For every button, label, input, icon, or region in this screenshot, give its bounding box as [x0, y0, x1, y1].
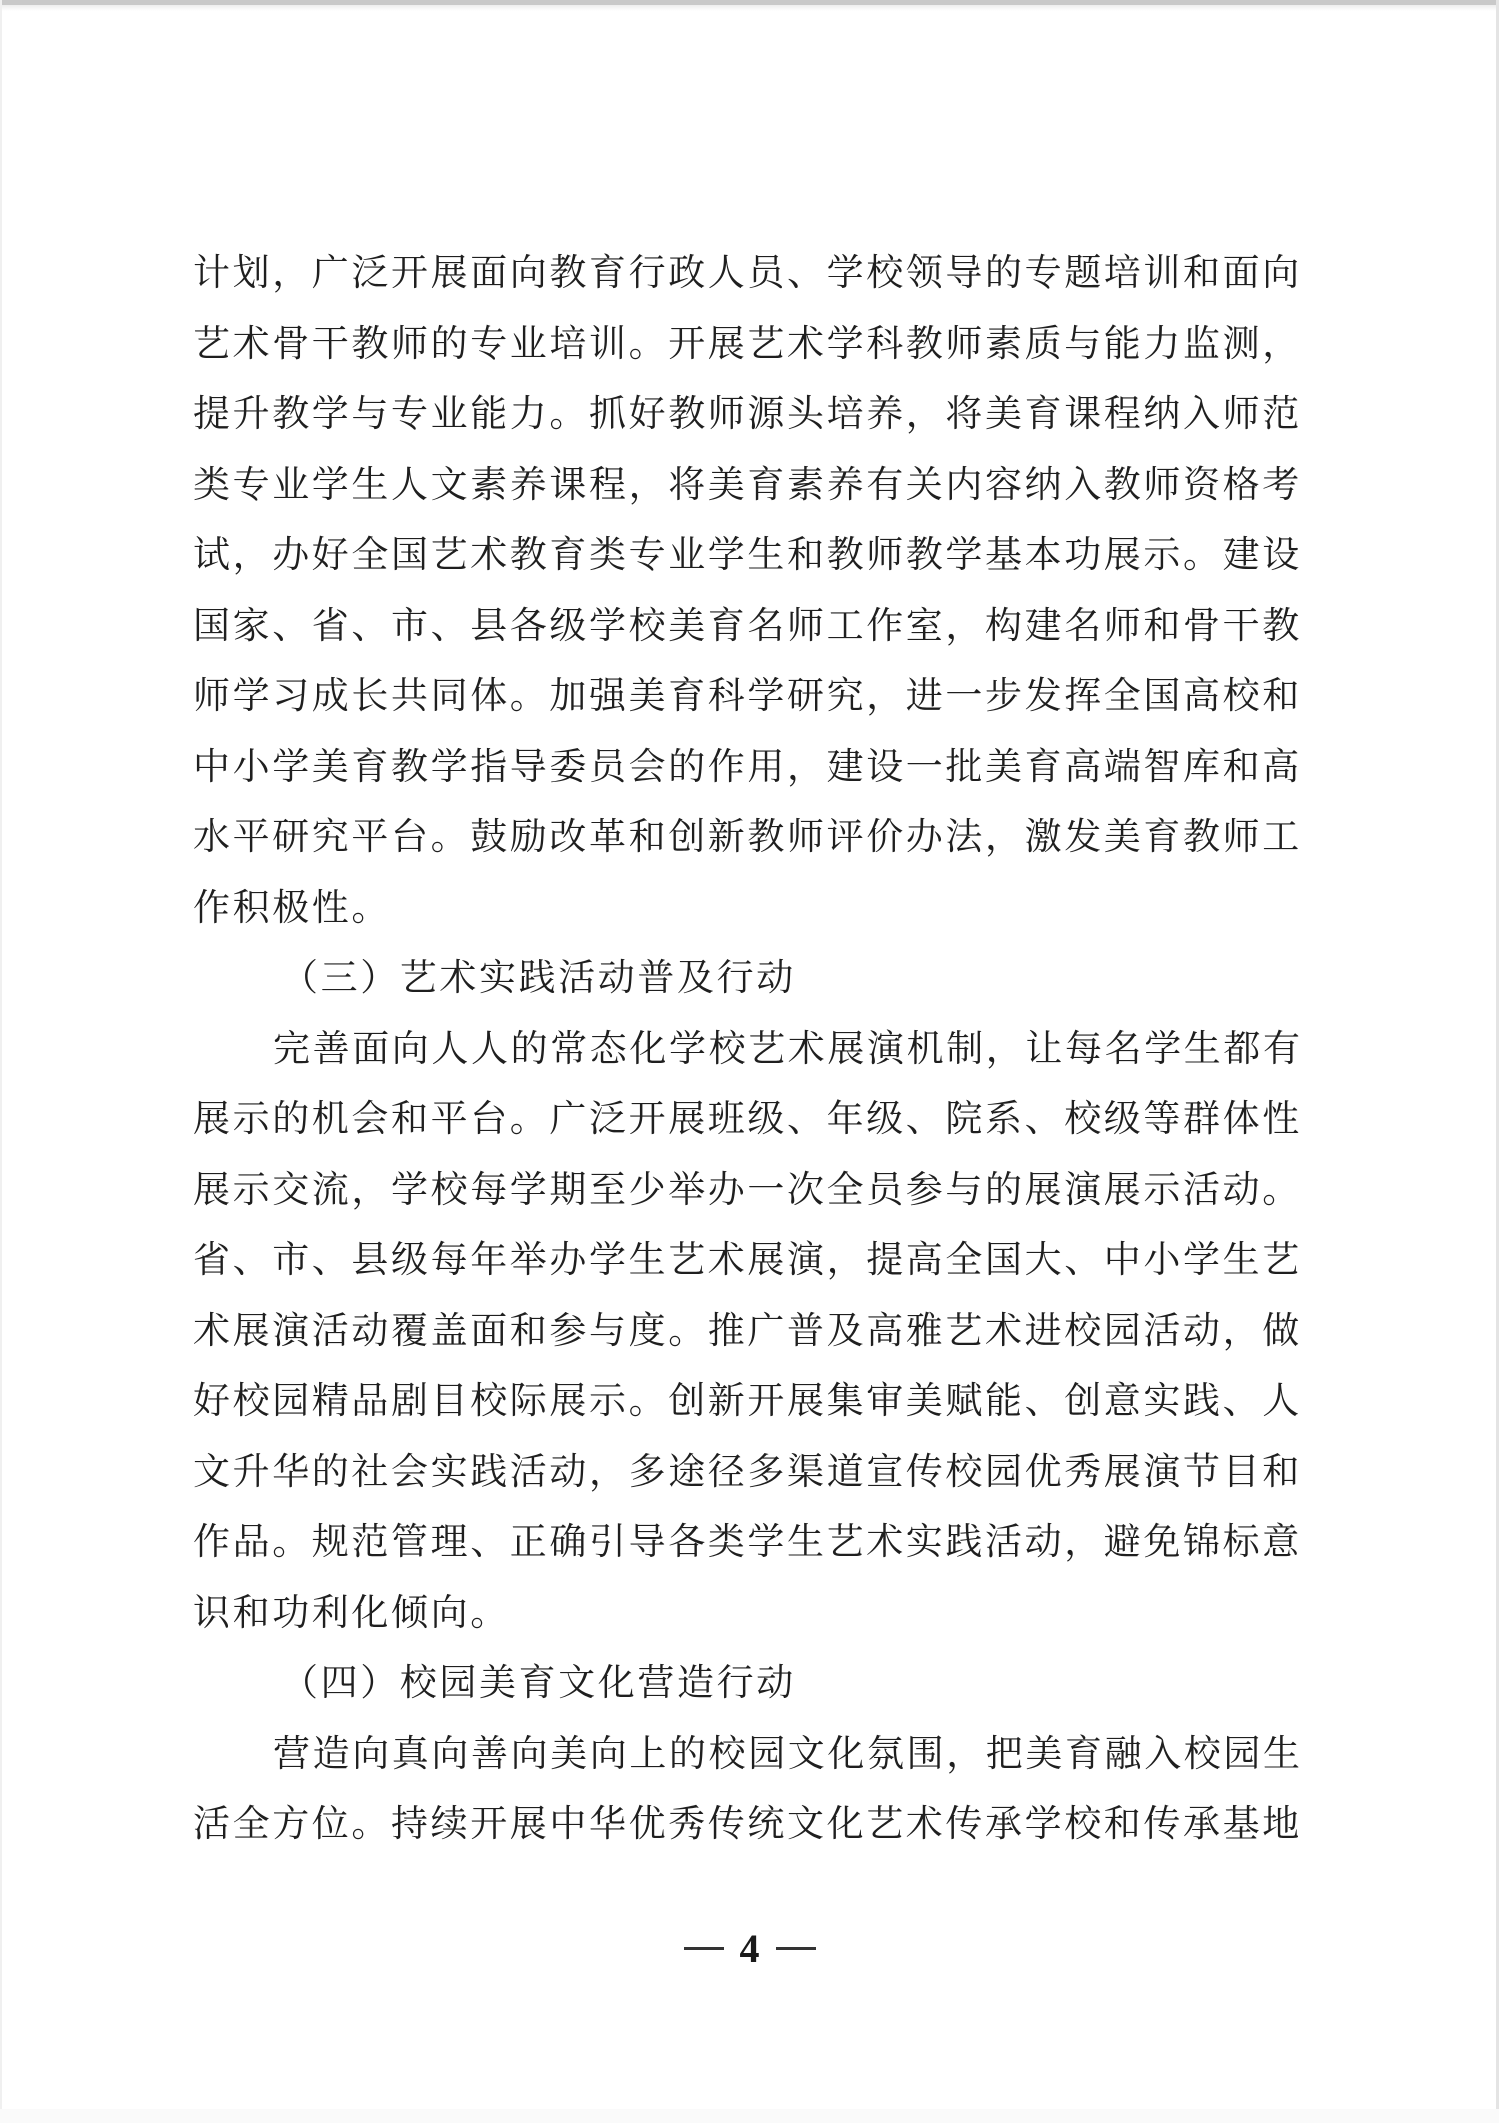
text-line: 类专业学生人文素养课程，将美育素养有关内容纳入教师资格考	[193, 450, 1313, 521]
text-line: 作积极性。	[193, 873, 1313, 944]
text-line: 作品。规范管理、正确引导各类学生艺术实践活动，避免锦标意	[193, 1507, 1313, 1578]
page-number: 4	[740, 1926, 760, 1971]
text-line: 完善面向人人的常态化学校艺术展演机制，让每名学生都有	[193, 1014, 1313, 1085]
paragraph-teacher-training: 计划，广泛开展面向教育行政人员、学校领导的专题培训和面向 艺术骨干教师的专业培训…	[193, 238, 1313, 943]
text-line: 试，办好全国艺术教育类专业学生和教师教学基本功展示。建设	[193, 520, 1313, 591]
page-number-footer: 4	[0, 1922, 1499, 1968]
paragraph-campus-culture: 营造向真向善向美向上的校园文化氛围，把美育融入校园生 活全方位。持续开展中华优秀…	[193, 1719, 1313, 1860]
section-heading-campus-culture: （四）校园美育文化营造行动	[193, 1648, 1313, 1719]
scan-left-edge	[0, 0, 2, 2123]
text-line: 计划，广泛开展面向教育行政人员、学校领导的专题培训和面向	[193, 238, 1313, 309]
text-line: 提升教学与专业能力。抓好教师源头培养，将美育课程纳入师范	[193, 379, 1313, 450]
page-number-dash-right	[776, 1947, 816, 1950]
text-line: 识和功利化倾向。	[193, 1578, 1313, 1649]
text-line: 师学习成长共同体。加强美育科学研究，进一步发挥全国高校和	[193, 661, 1313, 732]
text-line: 艺术骨干教师的专业培训。开展艺术学科教师素质与能力监测，	[193, 309, 1313, 380]
page-number-dash-left	[684, 1947, 724, 1950]
text-line: 水平研究平台。鼓励改革和创新教师评价办法，激发美育教师工	[193, 802, 1313, 873]
text-line: 中小学美育教学指导委员会的作用，建设一批美育高端智库和高	[193, 732, 1313, 803]
text-line: 省、市、县级每年举办学生艺术展演，提高全国大、中小学生艺	[193, 1225, 1313, 1296]
paragraph-art-practice: 完善面向人人的常态化学校艺术展演机制，让每名学生都有 展示的机会和平台。广泛开展…	[193, 1014, 1313, 1649]
text-line: 国家、省、市、县各级学校美育名师工作室，构建名师和骨干教	[193, 591, 1313, 662]
scan-top-shadow	[0, 5, 1499, 11]
text-line: 展示交流，学校每学期至少举办一次全员参与的展演展示活动。	[193, 1155, 1313, 1226]
document-body: 计划，广泛开展面向教育行政人员、学校领导的专题培训和面向 艺术骨干教师的专业培训…	[193, 238, 1313, 1860]
text-line: 营造向真向善向美向上的校园文化氛围，把美育融入校园生	[193, 1719, 1313, 1790]
section-heading-art-practice: （三）艺术实践活动普及行动	[193, 943, 1313, 1014]
text-line: 好校园精品剧目校际展示。创新开展集审美赋能、创意实践、人	[193, 1366, 1313, 1437]
scan-bottom-edge	[0, 2109, 1499, 2123]
text-line: 文升华的社会实践活动，多途径多渠道宣传校园优秀展演节目和	[193, 1437, 1313, 1508]
text-line: 展示的机会和平台。广泛开展班级、年级、院系、校级等群体性	[193, 1084, 1313, 1155]
text-line: 术展演活动覆盖面和参与度。推广普及高雅艺术进校园活动，做	[193, 1296, 1313, 1367]
text-line: 活全方位。持续开展中华优秀传统文化艺术传承学校和传承基地	[193, 1789, 1313, 1860]
